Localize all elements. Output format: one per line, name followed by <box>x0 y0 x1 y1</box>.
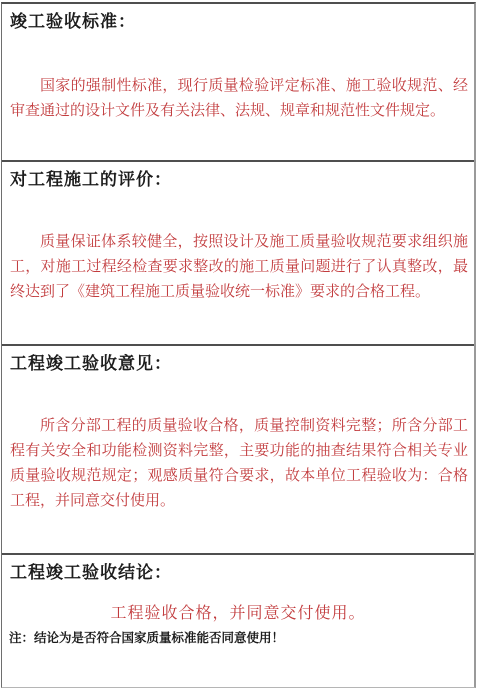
section-acceptance-opinion: 工程竣工验收意见： 所含分部工程的质量验收合格，质量控制资料完整；所含分部工程有… <box>2 346 474 555</box>
section-heading-acceptance-conclusion: 工程竣工验收结论： <box>10 560 474 586</box>
acceptance-conclusion-statement: 工程验收合格，并同意交付使用。 <box>2 600 474 625</box>
acceptance-form-table: 竣工验收标准： 国家的强制性标准，现行质量检验评定标准、施工验收规范、经审查通过… <box>1 2 476 688</box>
section-body-construction-evaluation: 质量保证体系较健全，按照设计及施工质量验收规范要求组织施工，对施工过程经检查要求… <box>2 229 474 304</box>
section-acceptance-standard: 竣工验收标准： 国家的强制性标准，现行质量检验评定标准、施工验收规范、经审查通过… <box>2 4 474 162</box>
section-body-acceptance-opinion: 所含分部工程的质量验收合格，质量控制资料完整；所含分部工程有关安全和功能检测资料… <box>2 413 474 513</box>
section-heading-acceptance-standard: 竣工验收标准： <box>10 9 474 35</box>
section-heading-construction-evaluation: 对工程施工的评价： <box>10 167 474 193</box>
section-acceptance-conclusion: 工程竣工验收结论： 工程验收合格，并同意交付使用。 注：结论为是否符合国家质量标… <box>2 555 474 687</box>
conclusion-footnote: 注：结论为是否符合国家质量标准能否同意使用！ <box>2 629 474 646</box>
section-body-acceptance-standard: 国家的强制性标准，现行质量检验评定标准、施工验收规范、经审查通过的设计文件及有关… <box>2 73 474 123</box>
section-heading-acceptance-opinion: 工程竣工验收意见： <box>10 351 474 377</box>
section-construction-evaluation: 对工程施工的评价： 质量保证体系较健全，按照设计及施工质量验收规范要求组织施工，… <box>2 162 474 346</box>
document-page: 竣工验收标准： 国家的强制性标准，现行质量检验评定标准、施工验收规范、经审查通过… <box>0 0 479 695</box>
